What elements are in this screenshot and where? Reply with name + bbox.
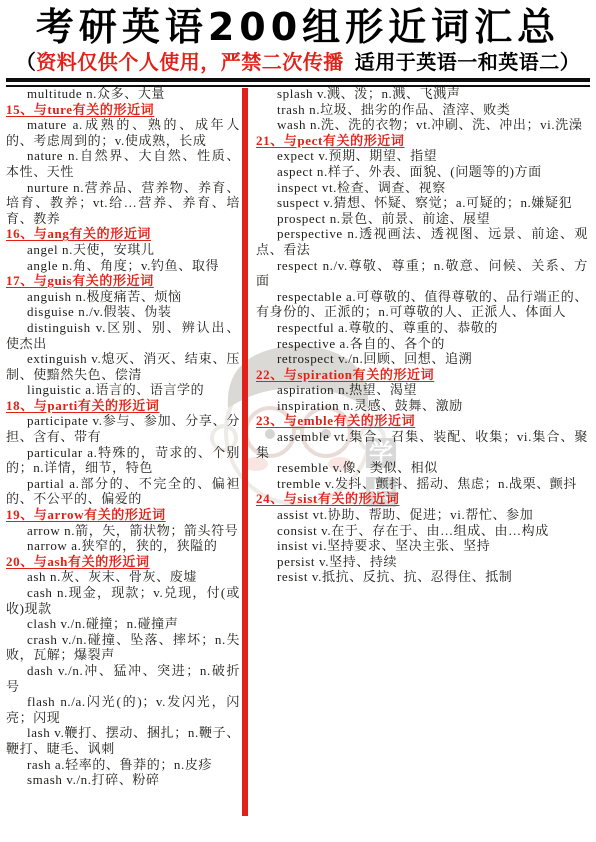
- vocab-entry: persist v.坚持、持续: [256, 554, 588, 570]
- double-rule: [6, 78, 590, 87]
- vocab-entry: partial a.部分的、不完全的、偏袒的、不公平的、偏爱的: [6, 476, 240, 507]
- vocab-entry: assemble vt.集合、召集、装配、收集；vi.集合、聚集: [256, 429, 588, 460]
- vocab-entry: narrow a.狭窄的，狭的，狭隘的: [6, 538, 240, 554]
- usage-notice: （资料仅供个人使用，严禁二次传播适用于英语一和英语二）: [0, 51, 596, 75]
- vocab-entry: perspective n.透视画法、透视图、远景、前途、观点、看法: [256, 226, 588, 257]
- vocab-entry: rash a.轻率的、鲁莽的；n.皮疹: [6, 757, 240, 773]
- vocab-entry: respect n./v.尊敬、尊重；n.敬意、问候、关系、方面: [256, 258, 588, 289]
- vocab-entry: aspect n.样子、外表、面貌、(问题等的)方面: [256, 164, 588, 180]
- vocab-entry: arrow n.箭，矢，箭状物；箭头符号: [6, 523, 240, 539]
- vocab-entry: prospect n.景色、前景、前途、展望: [256, 211, 588, 227]
- vocab-entry: dash v./n.冲、猛冲、突进；n.破折号: [6, 663, 240, 694]
- vocab-entry: angel n.天使，安琪儿: [6, 242, 240, 258]
- left-column: multitude n.众多、大量15、与ture有关的形近词mature a.…: [6, 86, 240, 816]
- page-title: 考研英语200组形近词汇总: [0, 4, 596, 50]
- vocab-entry: aspiration n.热望、渴望: [256, 382, 588, 398]
- vocab-entry: nature n.自然界、大自然、性质、本性、天性: [6, 148, 240, 179]
- vocab-entry: mature a.成熟的、熟的、成年人的、考虑周到的；v.使成熟，长成: [6, 117, 240, 148]
- vocab-entry: suspect v.猜想、怀疑、察觉；a.可疑的；n.嫌疑犯: [256, 195, 588, 211]
- vocab-entry: respectful a.尊敬的、尊重的、恭敬的: [256, 320, 588, 336]
- vocab-entry: cash n.现金，现款；v.兑现，付(或收)现款: [6, 585, 240, 616]
- section-header: 23、与emble有关的形近词: [256, 413, 588, 429]
- vocab-entry: crash v./n.碰撞、坠落、摔坏；n.失败，瓦解；爆裂声: [6, 632, 240, 663]
- vocab-entry: expect v.预期、期望、指望: [256, 148, 588, 164]
- section-header: 20、与ash有关的形近词: [6, 554, 240, 570]
- subtitle-scope: 适用于英语一和英语二: [355, 52, 560, 74]
- vocab-entry: distinguish v.区别、别、辨认出、使杰出: [6, 320, 240, 351]
- vocab-entry: disguise n./v.假装、伪装: [6, 304, 240, 320]
- vocab-entry: clash v./n.碰撞；n.碰撞声: [6, 616, 240, 632]
- section-header: 15、与ture有关的形近词: [6, 102, 240, 118]
- section-header: 19、与arrow有关的形近词: [6, 507, 240, 523]
- vocab-entry: resist v.抵抗、反抗、抗、忍得住、抵制: [256, 569, 588, 585]
- page-header: 考研英语200组形近词汇总 （资料仅供个人使用，严禁二次传播适用于英语一和英语二…: [0, 0, 596, 87]
- word-list: multitude n.众多、大量15、与ture有关的形近词mature a.…: [6, 86, 588, 816]
- vocab-entry: respective a.各自的、各个的: [256, 336, 588, 352]
- subtitle-warning: 资料仅供个人使用，严禁二次传播: [36, 52, 344, 74]
- vocab-entry: linguistic a.语言的、语言学的: [6, 382, 240, 398]
- vocab-entry: angle n.角、角度；v.钓鱼、取得: [6, 258, 240, 274]
- vocab-entry: assist vt.协助、帮助、促进；vi.帮忙、参加: [256, 507, 588, 523]
- vocab-entry: flash n./a.闪光(的)；v.发闪光，闪亮；闪现: [6, 694, 240, 725]
- vocab-entry: ash n.灰、灰末、骨灰、废墟: [6, 569, 240, 585]
- vocab-entry: smash v./n.打碎、粉碎: [6, 772, 240, 788]
- vocab-entry: anguish n.极度痛苦、烦恼: [6, 289, 240, 305]
- section-header: 21、与pect有关的形近词: [256, 133, 588, 149]
- section-header: 24、与sist有关的形近词: [256, 491, 588, 507]
- column-divider: [242, 88, 248, 816]
- section-header: 16、与ang有关的形近词: [6, 226, 240, 242]
- subtitle-paren-open: （: [16, 52, 37, 74]
- vocab-entry: particular a.特殊的，苛求的、个别的；n.详情，细节，特色: [6, 445, 240, 476]
- vocab-entry: retrospect v./n.回顾、回想、追溯: [256, 351, 588, 367]
- vocab-entry: insist vi.坚持要求、坚决主张、坚持: [256, 538, 588, 554]
- section-header: 18、与parti有关的形近词: [6, 398, 240, 414]
- vocab-entry: resemble v.像、类似、相似: [256, 460, 588, 476]
- vocab-entry: tremble v.发抖、颤抖、摇动、焦虑；n.战栗、颤抖: [256, 476, 588, 492]
- vocab-entry: respectable a.可尊敬的、值得尊敬的、品行端正的、有身份的、正派的；…: [256, 289, 588, 320]
- vocab-entry: inspiration n.灵感、鼓舞、激励: [256, 398, 588, 414]
- vocab-entry: inspect vt.检查、调查、视察: [256, 180, 588, 196]
- vocab-entry: splash v.溅、泼；n.溅、飞溅声: [256, 86, 588, 102]
- section-header: 22、与spiration有关的形近词: [256, 367, 588, 383]
- vocab-entry: extinguish v.熄灭、消灭、结束、压制、使黯然失色、偿清: [6, 351, 240, 382]
- right-column: splash v.溅、泼；n.溅、飞溅声trash n.垃圾、拙劣的作品、渣滓、…: [256, 86, 588, 816]
- document-page: 学 长 考研英语200组形近词汇总 （资料仅供个人使用，严禁二次传播适用于英语一…: [0, 0, 596, 842]
- vocab-entry: nurture n.营养品、营养物、养育、培育、教养；vt.给…营养、养育、培育…: [6, 180, 240, 227]
- vocab-entry: trash n.垃圾、拙劣的作品、渣滓、败类: [256, 102, 588, 118]
- vocab-entry: consist v.在于、存在于、由…组成、由…构成: [256, 523, 588, 539]
- vocab-entry: lash v.鞭打、摆动、捆扎；n.鞭子、鞭打、睫毛、讽刺: [6, 725, 240, 756]
- vocab-entry: wash n.洗、洗的衣物；vt.冲刷、洗、冲出；vi.洗澡: [256, 117, 588, 133]
- vocab-entry: participate v.参与、参加、分享、分担、含有、带有: [6, 413, 240, 444]
- subtitle-paren-close: ）: [560, 52, 581, 74]
- section-header: 17、与guis有关的形近词: [6, 273, 240, 289]
- vocab-entry: multitude n.众多、大量: [6, 86, 240, 102]
